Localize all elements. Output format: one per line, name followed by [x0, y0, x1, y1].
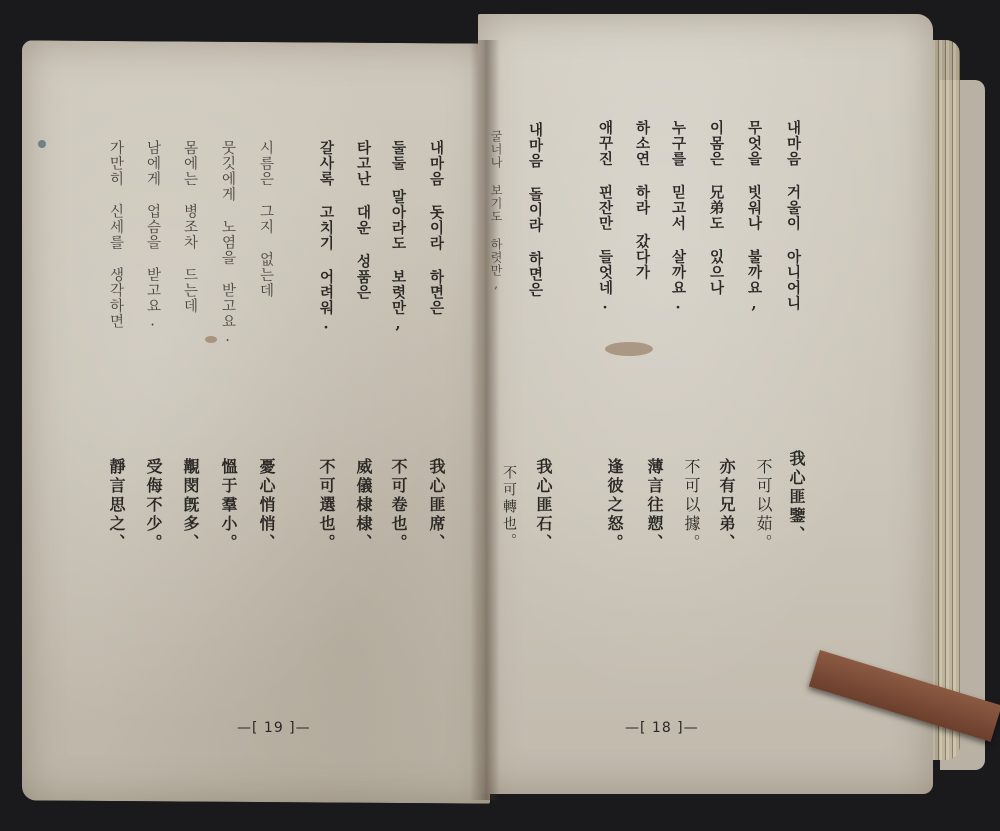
hanja-line: 受侮不少。	[145, 458, 161, 553]
korean-line: 내마음 돗이라 하면은	[428, 140, 443, 316]
korean-line: 둘둘 말아라도 보렷만,	[390, 140, 405, 334]
hanja-line: 慍于羣小。	[220, 458, 236, 553]
page-number-18: —[ 18 ]—	[625, 720, 699, 736]
hanja-line: 我心匪席、	[428, 458, 444, 553]
korean-line: 시름은 그지 없는데	[258, 140, 273, 298]
hanja-line: 不可以茹。	[755, 458, 771, 553]
hanja-line: 威儀棣棣、	[355, 458, 371, 553]
korean-line: 남에게 업슴을 받고요.	[145, 140, 160, 331]
korean-line: 내마음 돌이라 하면은	[527, 122, 542, 298]
paper-stain	[205, 336, 217, 343]
korean-line: 내마음 거울이 아니어니	[785, 120, 800, 311]
page-number-19: —[ 19 ]—	[237, 720, 311, 736]
hanja-line: 我心匪石、	[535, 458, 551, 553]
open-book: 내마음 거울이 아니어니 무엇을 빗워나 불까요, 이몸은 兄弟도 있으나 누구…	[0, 0, 1000, 831]
hanja-line: 不可卷也。	[390, 458, 406, 553]
paper-stain	[605, 342, 653, 356]
hanja-line: 我心匪鑒、	[788, 450, 804, 545]
korean-line: 가만히 신세를 생각하면	[108, 140, 123, 329]
korean-line: 하소연 하라 갔다가	[634, 120, 649, 280]
hanja-line: 憂心悄悄、	[258, 458, 274, 553]
hanja-line: 不可以據。	[683, 458, 699, 553]
hanja-line: 不可選也。	[318, 458, 334, 553]
hanja-line: 逢彼之怒。	[606, 458, 622, 553]
korean-line: 타고난 대운 성품은	[355, 140, 370, 300]
hanja-line: 靜言思之、	[108, 458, 124, 553]
hanja-line: 覯閔旣多、	[182, 458, 198, 553]
hanja-line: 薄言往愬、	[646, 458, 662, 553]
korean-line: 뭇깃에게 노염을 받고요.	[220, 140, 235, 346]
korean-line: 무엇을 빗워나 불까요,	[746, 120, 761, 314]
hanja-line: 亦有兄弟、	[718, 458, 734, 553]
korean-line: 몸에는 병조차 드는데	[182, 140, 197, 314]
korean-line: 이몸은 兄弟도 있으나	[708, 120, 723, 296]
korean-line: 굴너나 보기도 하렷만,	[490, 130, 502, 292]
korean-line: 누구를 믿고서 살까요.	[670, 120, 685, 314]
paper-stain	[38, 140, 46, 148]
korean-line: 갈사록 고치기 어려워.	[318, 140, 333, 334]
left-page	[22, 40, 490, 803]
hanja-line: 不可轉也。	[502, 465, 516, 550]
korean-line: 애꾸진 핀잔만 들엇네.	[597, 120, 612, 314]
